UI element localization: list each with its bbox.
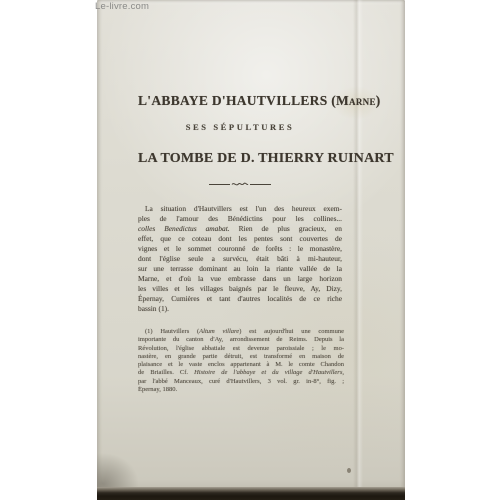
text-segment: Altum villare [199, 328, 239, 335]
text-segment: (1) Hautvillers ( [145, 328, 199, 335]
book-page: L'ABBAYE D'HAUTVILLERS (Marne) SES SÉPUL… [97, 0, 405, 500]
text-line: dont l'église seule a survécu, était bât… [138, 254, 342, 264]
text-line: La situation d'Hautvillers est l'un des … [138, 204, 342, 214]
text-line: ples de l'amour des Bénédictins pour les… [138, 214, 342, 224]
book-edge-shadow [97, 487, 405, 500]
photo-canvas: L'ABBAYE D'HAUTVILLERS (Marne) SES SÉPUL… [0, 0, 500, 500]
text-segment: ) est aujourd'hui une commune [239, 328, 344, 335]
text-line: effet, que ce coteau dont les pentes son… [138, 234, 342, 244]
watermark: Le-livre.com [95, 1, 149, 12]
text-line: par l'abbé Manceaux, curé d'Hautvillers,… [138, 378, 344, 386]
article-title-text: L'ABBAYE D'HAUTVILLERS [138, 93, 331, 108]
text-segment: Épernay, 1880. [138, 386, 177, 393]
text-segment: Épernay, Cumières et tant d'autres local… [138, 294, 342, 303]
footnote: (1) Hautvillers (Altum villare) est aujo… [138, 328, 344, 394]
article-main-title: LA TOMBE DE D. THIERRY RUINART [138, 151, 342, 166]
text-line: (1) Hautvillers (Altum villare) est aujo… [138, 328, 344, 336]
text-line: les villes et les villages baignés par l… [138, 284, 342, 294]
text-line: de Briailles. Cf. Histoire de l'abbaye e… [138, 369, 344, 377]
text-segment: dont l'église seule a survécu, était bât… [138, 254, 342, 263]
text-segment: vignes et le sommet couronné de forêts :… [138, 244, 342, 253]
title-block: L'ABBAYE D'HAUTVILLERS (Marne) SES SÉPUL… [138, 94, 342, 189]
text-line: sur une terrasse dominant au loin la ria… [138, 264, 342, 274]
text-segment: Rien de plus gracieux, en [230, 224, 342, 233]
text-segment: par l'abbé Manceaux, curé d'Hautvillers,… [138, 378, 344, 385]
text-line: nastère, en grande partie détruit, est t… [138, 353, 344, 361]
article-subtitle: SES SÉPULTURES [138, 123, 342, 132]
text-segment: La situation d'Hautvillers est l'un des … [145, 204, 342, 213]
article-title-line1: L'ABBAYE D'HAUTVILLERS (Marne) [138, 94, 342, 108]
text-segment: bassin (1). [138, 304, 169, 313]
text-line: Épernay, Cumières et tant d'autres local… [138, 294, 342, 304]
body-paragraph: La situation d'Hautvillers est l'un des … [138, 204, 342, 314]
ornament-divider-icon [138, 179, 342, 189]
text-segment: effet, que ce coteau dont les pentes son… [138, 234, 342, 243]
text-line: colles Benedictus amabat. Rien de plus g… [138, 224, 342, 234]
text-segment: ples de l'amour des Bénédictins pour les… [138, 214, 342, 223]
text-segment: plaisance et le vaste enclos appartenant… [138, 361, 344, 368]
text-line: Révolution, l'église abbatiale est deven… [138, 345, 344, 353]
text-line: bassin (1). [138, 304, 342, 314]
text-segment: de Briailles. Cf. [138, 369, 194, 376]
text-segment: Marne, et d'où la vue embrasse dans un l… [138, 274, 342, 283]
page-corner-shadow [97, 437, 157, 489]
text-line: Épernay, 1880. [138, 386, 344, 394]
text-line: plaisance et le vaste enclos appartenant… [138, 361, 344, 369]
text-segment: nastère, en grande partie détruit, est t… [138, 353, 344, 360]
page-crease [353, 0, 363, 487]
paper-speck [347, 468, 351, 473]
text-segment: les villes et les villages baignés par l… [138, 284, 342, 293]
article-title-region: (Marne) [331, 93, 380, 108]
text-line: vignes et le sommet couronné de forêts :… [138, 244, 342, 254]
text-line: importante du canton d'Ay, arrondissemen… [138, 336, 344, 344]
text-segment: sur une terrasse dominant au loin la ria… [138, 264, 342, 273]
text-segment: importante du canton d'Ay, arrondissemen… [138, 336, 344, 343]
text-line: Marne, et d'où la vue embrasse dans un l… [138, 274, 342, 284]
text-segment: Révolution, l'église abbatiale est deven… [138, 345, 344, 352]
text-segment: colles Benedictus amabat. [138, 224, 230, 233]
text-segment: Histoire de l'abbaye et du village d'Hau… [194, 369, 344, 376]
